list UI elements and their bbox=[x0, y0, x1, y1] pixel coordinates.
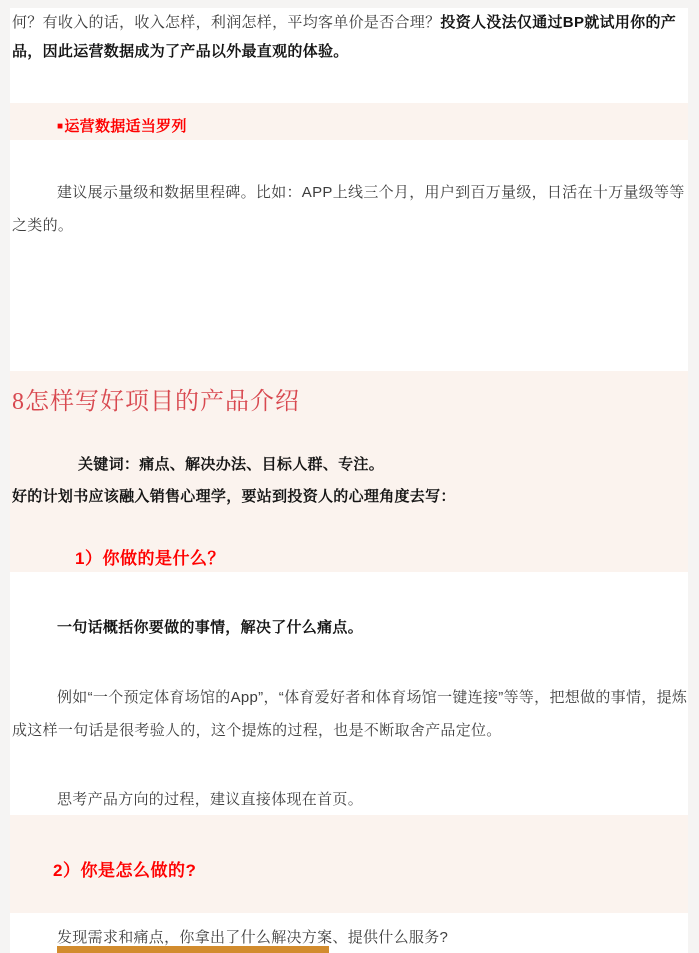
solution-line: 发现需求和痛点，你拿出了什么解决方案、提供什么服务? bbox=[57, 926, 448, 947]
metrics-paragraph: 建议展示量级和数据里程碑。比如：APP上线三个月，用户到百万量级，日活在十万量级… bbox=[12, 176, 689, 242]
subheading-what-you-do: 1）你做的是什么？ bbox=[75, 544, 225, 569]
cropped-image-top-strip bbox=[57, 946, 329, 953]
homepage-line: 思考产品方向的过程，建议直接体现在首页。 bbox=[57, 788, 363, 809]
keywords-line: 关键词：痛点、解决办法、目标人群、专注。 bbox=[78, 453, 384, 474]
subheading-how-you-do: 2）你是怎么做的? bbox=[53, 856, 196, 881]
chapter-heading: 8怎样写好项目的产品介绍 bbox=[12, 381, 682, 416]
intro-paragraph: 何？有收入的话，收入怎样，利润怎样，平均客单价是否合理？投资人没法仅通过BP就试… bbox=[12, 8, 689, 66]
section-heading-operating-data: ■运营数据适当罗列 bbox=[57, 115, 187, 136]
one-sentence-line: 一句话概括你要做的事情，解决了什么痛点。 bbox=[57, 616, 363, 637]
square-bullet-icon: ■ bbox=[57, 121, 63, 132]
paragraph-card-metrics bbox=[10, 140, 688, 371]
article-page: 何？有收入的话，收入怎样，利润怎样，平均客单价是否合理？投资人没法仅通过BP就试… bbox=[0, 0, 699, 953]
section-heading-label: 运营数据适当罗列 bbox=[64, 118, 186, 135]
example-paragraph: 例如“一个预定体育场馆的App”，“体育爱好者和体育场馆一键连接”等等，把想做的… bbox=[12, 681, 689, 747]
principle-line: 好的计划书应该融入销售心理学，要站到投资人的心理角度去写： bbox=[12, 485, 456, 506]
